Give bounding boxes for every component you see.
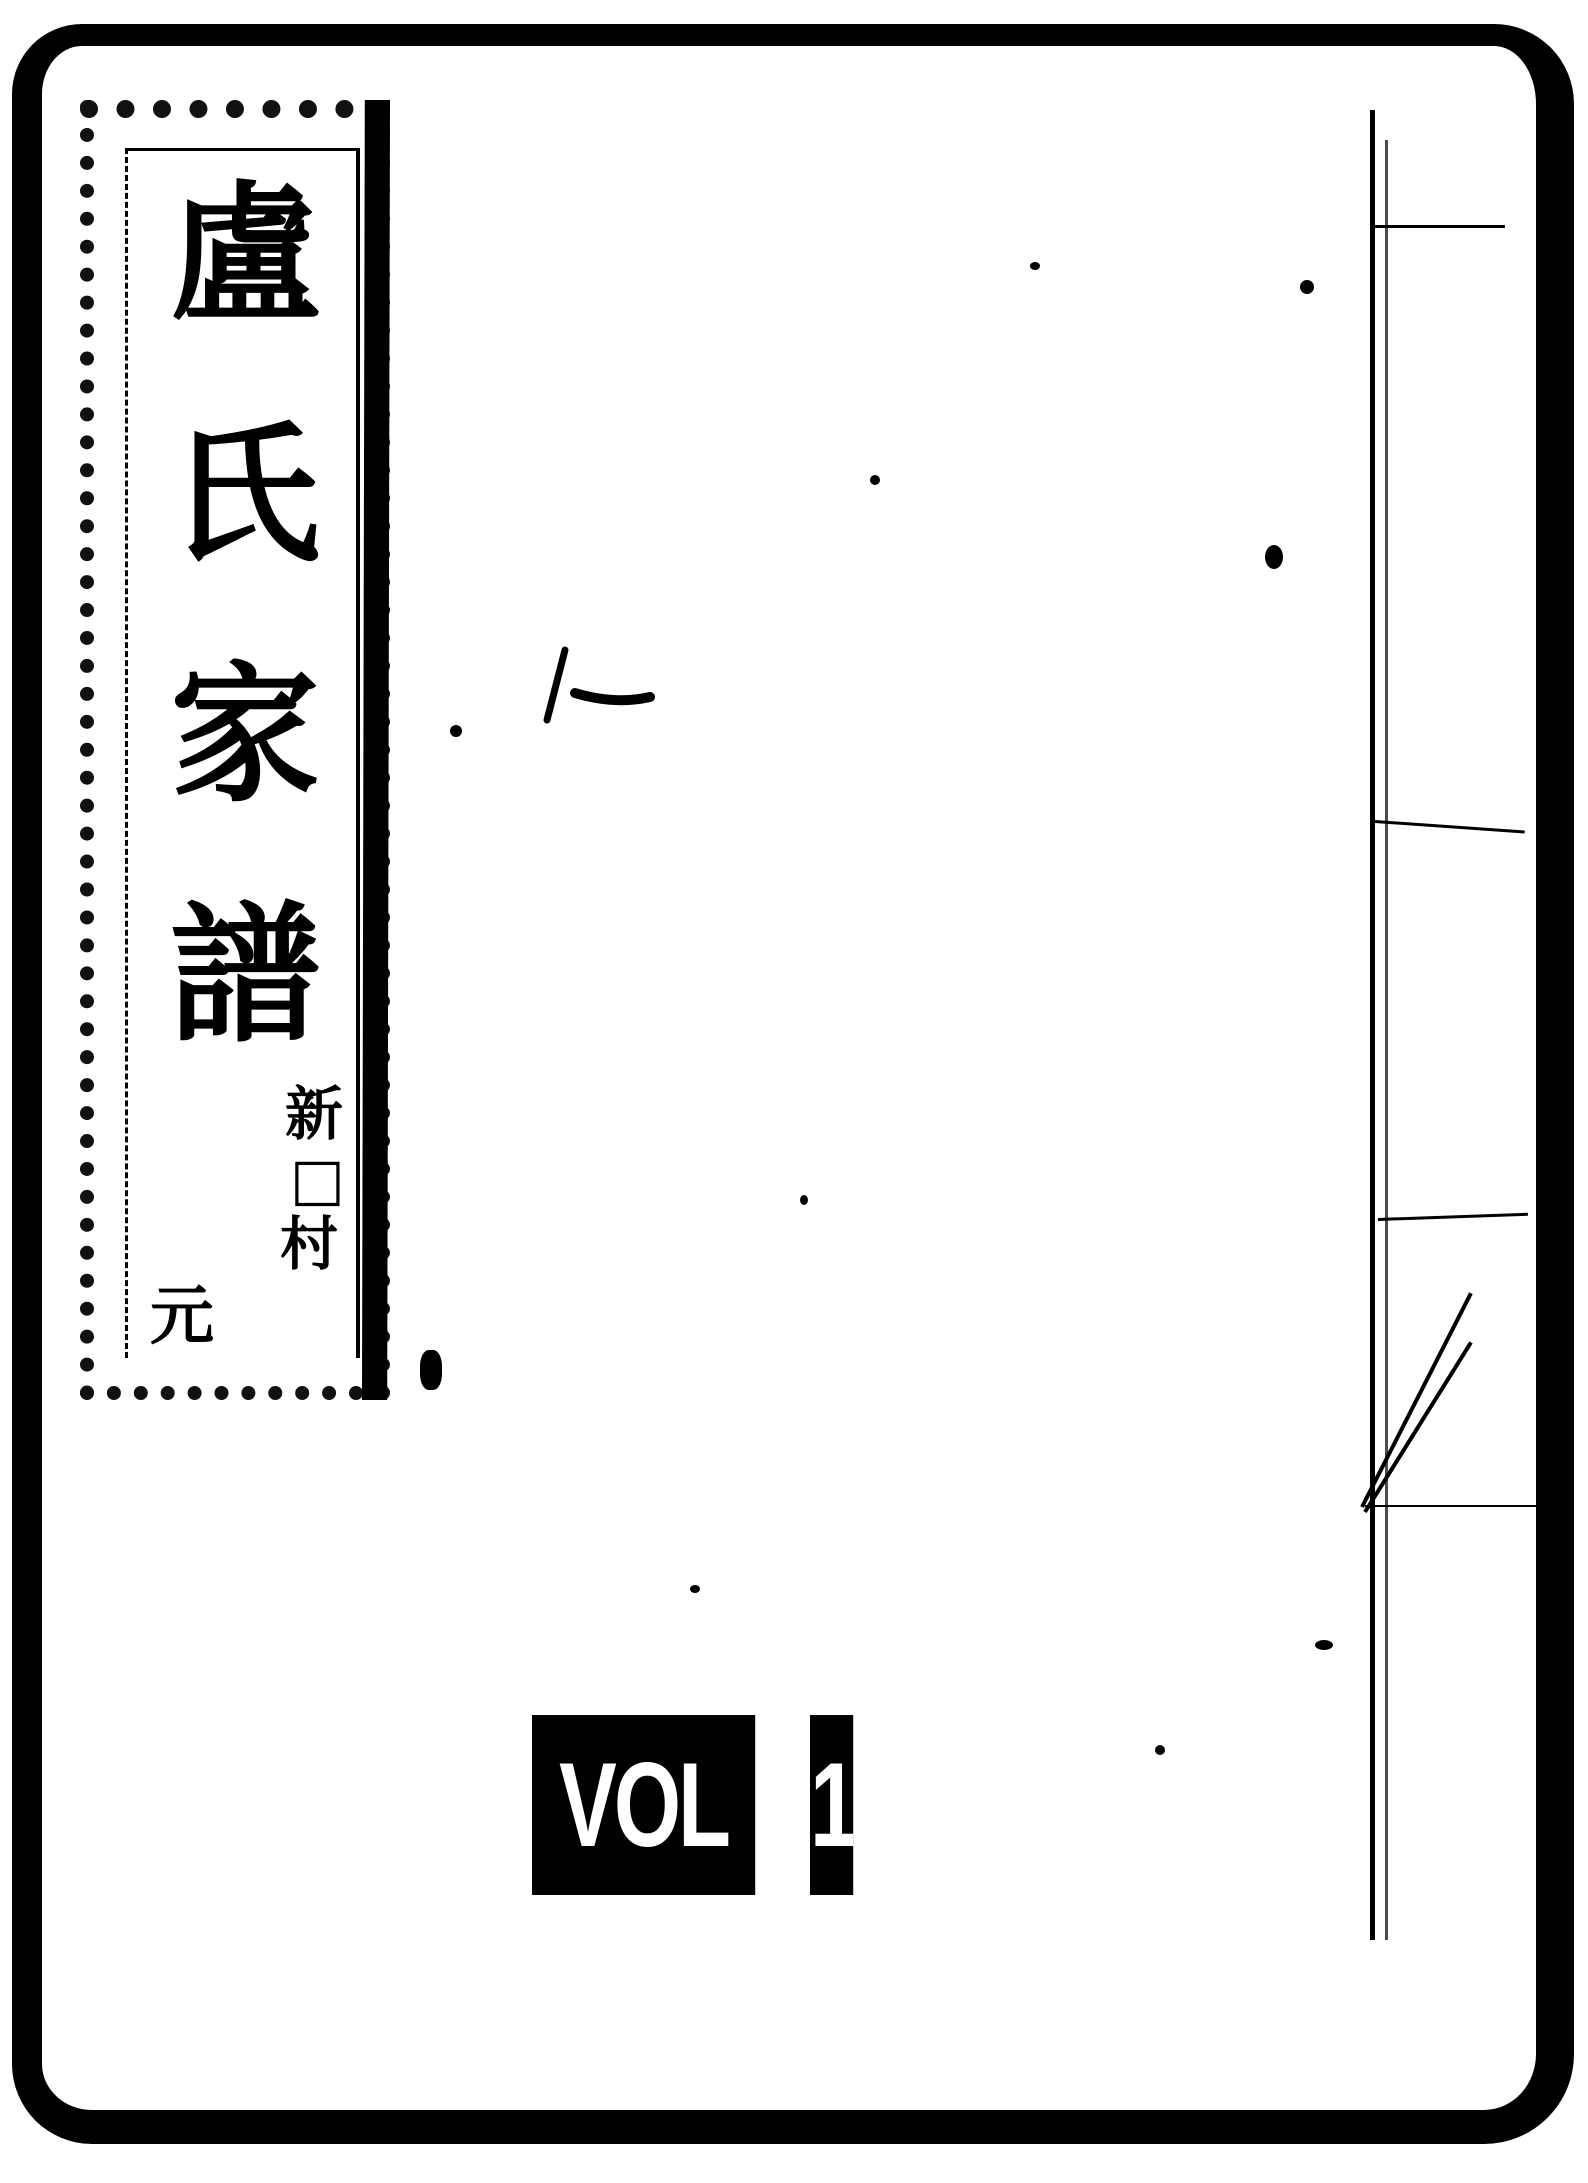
volume-sticker-label: VOL bbox=[532, 1715, 755, 1895]
title-char-1: 盧 bbox=[145, 180, 345, 330]
volume-sticker-number: 1 bbox=[810, 1715, 853, 1895]
title-char-4: 譜 bbox=[145, 900, 345, 1050]
handwritten-mark bbox=[535, 625, 665, 725]
ink-speck bbox=[1265, 545, 1283, 569]
binding-tie-1 bbox=[1375, 225, 1505, 228]
title-char-2: 氏 bbox=[145, 420, 345, 570]
title-label-right-bar bbox=[362, 100, 390, 1400]
subtitle-char-2: □ bbox=[290, 1150, 345, 1208]
subtitle-char-1: 新 bbox=[285, 1085, 343, 1143]
ink-speck bbox=[800, 1195, 808, 1205]
subtitle-char-3: 村 bbox=[280, 1215, 338, 1273]
ink-speck bbox=[420, 1350, 442, 1390]
title-char-3: 家 bbox=[145, 660, 345, 810]
ink-speck bbox=[1300, 280, 1314, 294]
ink-speck bbox=[690, 1585, 700, 1593]
binding-line-1 bbox=[1370, 110, 1375, 1940]
ink-speck bbox=[1315, 1640, 1333, 1650]
ink-speck bbox=[450, 725, 462, 737]
ink-speck bbox=[1030, 262, 1040, 270]
binding-tie-4 bbox=[1365, 1505, 1565, 1507]
volume-char: 元 bbox=[150, 1285, 214, 1349]
binding-line-2 bbox=[1385, 140, 1388, 1940]
ink-speck bbox=[870, 475, 880, 485]
ink-speck bbox=[1155, 1745, 1165, 1755]
